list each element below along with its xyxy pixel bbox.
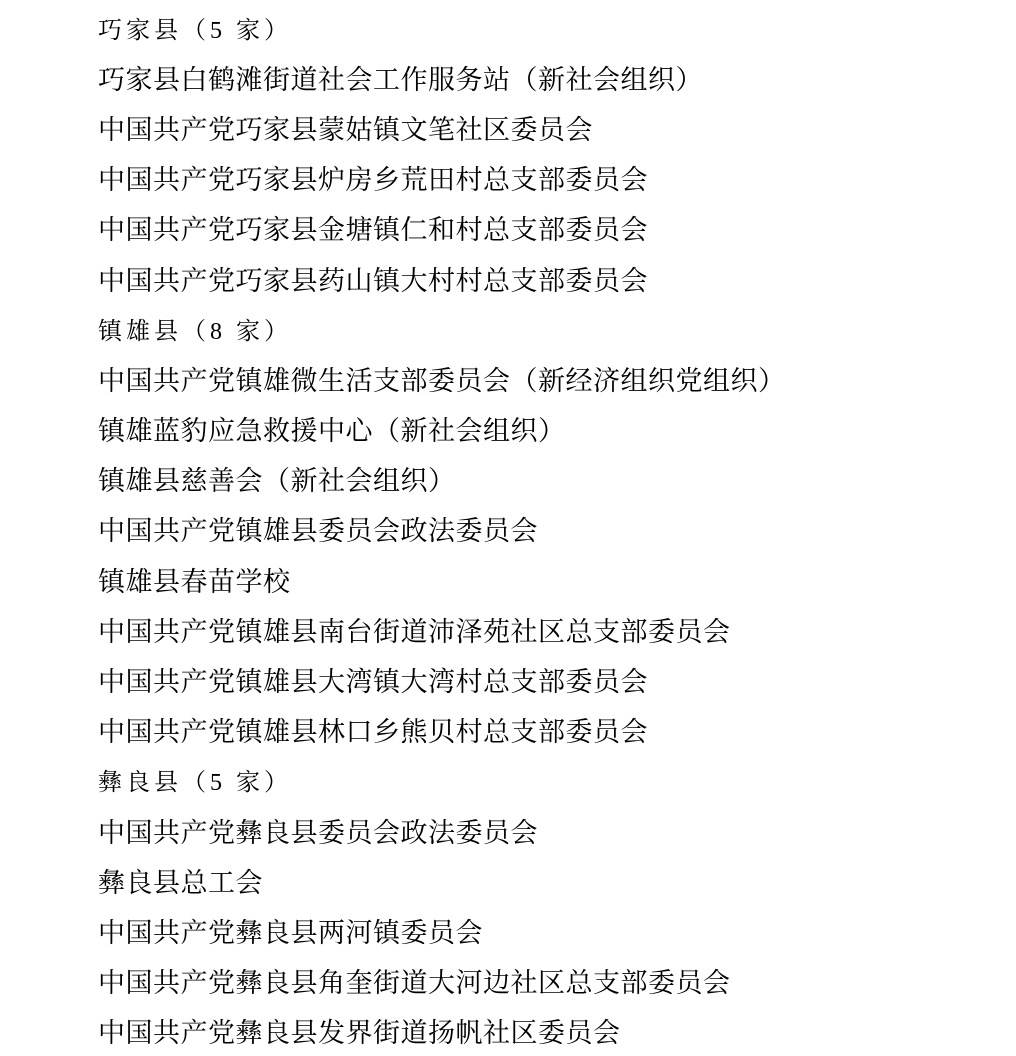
county-header: 镇雄县（8 家） bbox=[98, 303, 1016, 353]
org-list-item: 镇雄蓝豹应急救援中心（新社会组织） bbox=[98, 404, 1016, 454]
org-list-item: 彝良县总工会 bbox=[98, 855, 1016, 905]
org-list-item: 巧家县白鹤滩街道社会工作服务站（新社会组织） bbox=[98, 52, 1016, 102]
org-list-item: 中国共产党镇雄县委员会政法委员会 bbox=[98, 504, 1016, 554]
org-list-item: 中国共产党镇雄县大湾镇大湾村总支部委员会 bbox=[98, 654, 1016, 704]
org-list-item: 中国共产党巧家县金塘镇仁和村总支部委员会 bbox=[98, 203, 1016, 253]
org-list-item: 中国共产党巧家县蒙姑镇文笔社区委员会 bbox=[98, 102, 1016, 152]
org-list-item: 中国共产党镇雄县林口乡熊贝村总支部委员会 bbox=[98, 705, 1016, 755]
org-list-item: 镇雄县慈善会（新社会组织） bbox=[98, 454, 1016, 504]
org-list-item: 中国共产党镇雄微生活支部委员会（新经济组织党组织） bbox=[98, 353, 1016, 403]
org-list-item: 中国共产党巧家县炉房乡荒田村总支部委员会 bbox=[98, 153, 1016, 203]
org-list-item: 中国共产党彝良县发界街道扬帆社区委员会 bbox=[98, 1006, 1016, 1056]
county-header: 彝良县（5 家） bbox=[98, 755, 1016, 805]
county-header: 巧家县（5 家） bbox=[98, 2, 1016, 52]
org-list-item: 中国共产党镇雄县南台街道沛泽苑社区总支部委员会 bbox=[98, 604, 1016, 654]
org-list-item: 中国共产党彝良县委员会政法委员会 bbox=[98, 805, 1016, 855]
org-list-item: 中国共产党巧家县药山镇大村村总支部委员会 bbox=[98, 253, 1016, 303]
org-list-item: 中国共产党彝良县两河镇委员会 bbox=[98, 905, 1016, 955]
org-list-item: 镇雄县春苗学校 bbox=[98, 554, 1016, 604]
org-list-item: 中国共产党彝良县角奎街道大河边社区总支部委员会 bbox=[98, 956, 1016, 1006]
document-body: 巧家县（5 家） 巧家县白鹤滩街道社会工作服务站（新社会组织） 中国共产党巧家县… bbox=[0, 0, 1016, 1056]
